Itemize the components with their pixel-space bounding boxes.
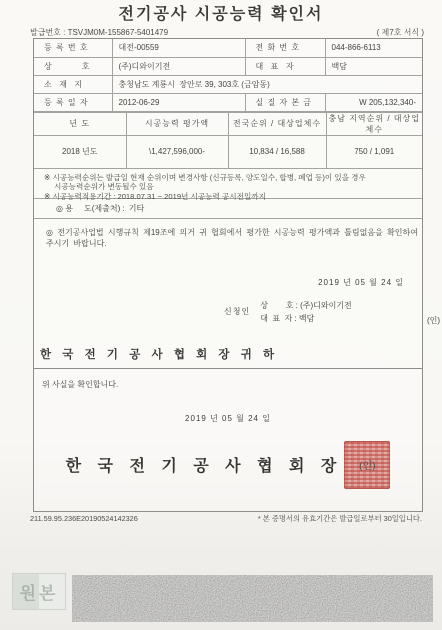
company-label: 상 호	[34, 57, 112, 75]
security-barcode-strip	[72, 575, 433, 622]
statement-date: 2019 년 05 월 24 일	[318, 277, 404, 288]
ceo-label: 대 표 자	[245, 57, 325, 75]
applicant-block: 신청인 상 호 : (주)디와이기전 대 표 자 : 백담 (인)	[224, 299, 352, 325]
official-seal-stamp: (인)	[344, 441, 390, 489]
national-rank-value: 10,834 / 16,588	[228, 135, 326, 168]
address-value: 충청남도 계룡시 장안로 39, 303호 (금암동)	[112, 75, 422, 93]
signer-row: 한 국 전 기 공 사 협 회 장 (인)	[34, 441, 422, 489]
amount-value: \1,427,596,000-	[126, 135, 228, 168]
reg-no-label: 등 록 번 호	[34, 39, 112, 57]
col-amount: 시공능력 평가액	[126, 112, 228, 135]
table-row: 소 재 지 충청남도 계룡시 장안로 39, 303호 (금암동)	[34, 75, 422, 93]
document-title: 전기공사 시공능력 확인서	[0, 1, 442, 24]
signer-name: 한 국 전 기 공 사 협 회 장	[66, 453, 343, 476]
col-national-rank: 전국순위 / 대상업체수	[228, 112, 326, 135]
reg-date-label: 등 록 일 자	[34, 93, 112, 111]
notes-section: ※ 시공능력순위는 발급일 현재 순위이며 변경사항 (신규등록, 양도일수, …	[34, 169, 422, 199]
footer-trace-code: 211.59.95.236E20190524142326	[30, 514, 138, 524]
capability-table: 년 도 시공능력 평가액 전국순위 / 대상업체수 충남 지역순위 / 대상업체…	[34, 112, 422, 169]
company-info-table: 등 록 번 호 대전-00559 전 화 번 호 044-866-6113 상 …	[34, 39, 422, 112]
statement-section: ◎ 전기공사업법 시행규칙 제19조에 의거 귀 협회에서 평가한 시공능력 평…	[34, 219, 422, 341]
regional-rank-value: 750 / 1,091	[326, 135, 422, 168]
table-row: 상 호 (주)디와이기전 대 표 자 백담	[34, 57, 422, 75]
table-header-row: 년 도 시공능력 평가액 전국순위 / 대상업체수 충남 지역순위 / 대상업체…	[34, 112, 422, 135]
original-watermark: 원본	[12, 573, 66, 610]
statement-text: ◎ 전기공사업법 시행규칙 제19조에 의거 귀 협회에서 평가한 시공능력 평…	[46, 227, 418, 249]
confirmation-date: 2019 년 05 월 24 일	[34, 413, 422, 424]
confirmation-text: 위 사실을 확인합니다.	[42, 379, 118, 390]
certificate-page: 전기공사 시공능력 확인서 발급번호 : TSVJM0M-155867-5401…	[0, 0, 442, 630]
addressee-heading: 한 국 전 기 공 사 협 회 장 귀 하	[34, 341, 422, 369]
footer-row: 211.59.95.236E20190524142326 * 본 증명서의 유효…	[30, 514, 422, 524]
issue-row: 발급번호 : TSVJM0M-155867-5401479 ( 제7호 서식 )	[30, 27, 424, 38]
note-line-1: ※ 시공능력순위는 발급일 현재 순위이며 변경사항 (신규등록, 양도일수, …	[44, 173, 414, 183]
issue-number: 발급번호 : TSVJM0M-155867-5401479	[30, 27, 168, 38]
form-number: ( 제7호 서식 )	[377, 27, 424, 38]
usage-row: ◎ 용 도(제출처) : 기타	[34, 199, 422, 219]
table-row: 2018 년도 \1,427,596,000- 10,834 / 16,588 …	[34, 135, 422, 168]
usage-value: 기타	[129, 203, 144, 214]
applicant-company: 상 호 : (주)디와이기전	[260, 299, 352, 312]
table-row: 등 록 번 호 대전-00559 전 화 번 호 044-866-6113	[34, 39, 422, 57]
capital-label: 실 질 자 본 금	[245, 93, 325, 111]
table-row: 등 록 일 자 2012-06-29 실 질 자 본 금 W 205,132,3…	[34, 93, 422, 111]
phone-label: 전 화 번 호	[245, 39, 325, 57]
certificate-body: 등 록 번 호 대전-00559 전 화 번 호 044-866-6113 상 …	[33, 38, 423, 512]
col-regional-rank: 충남 지역순위 / 대상업체수	[326, 112, 422, 135]
company-value: (주)디와이기전	[112, 57, 245, 75]
year-value: 2018 년도	[34, 135, 126, 168]
phone-value: 044-866-6113	[325, 39, 422, 57]
usage-label: ◎ 용 도(제출처) :	[56, 203, 125, 214]
footer-validity-note: * 본 증명서의 유효기간은 발급일로부터 30일입니다.	[258, 514, 422, 524]
applicant-seal-note: (인)	[427, 315, 440, 326]
reg-no-value: 대전-00559	[112, 39, 245, 57]
ceo-value: 백담	[325, 57, 422, 75]
address-label: 소 재 지	[34, 75, 112, 93]
confirmation-section: 위 사실을 확인합니다. 2019 년 05 월 24 일 한 국 전 기 공 …	[34, 369, 422, 512]
capital-value: W 205,132,340-	[325, 93, 422, 111]
reg-date-value: 2012-06-29	[112, 93, 245, 111]
applicant-ceo: 대 표 자 : 백담	[260, 312, 352, 325]
applicant-label: 신청인	[224, 306, 250, 317]
seal-text: (인)	[359, 457, 375, 472]
note-line-2: 시공능력순위가 변동될수 있음	[44, 182, 414, 192]
col-year: 년 도	[34, 112, 126, 135]
